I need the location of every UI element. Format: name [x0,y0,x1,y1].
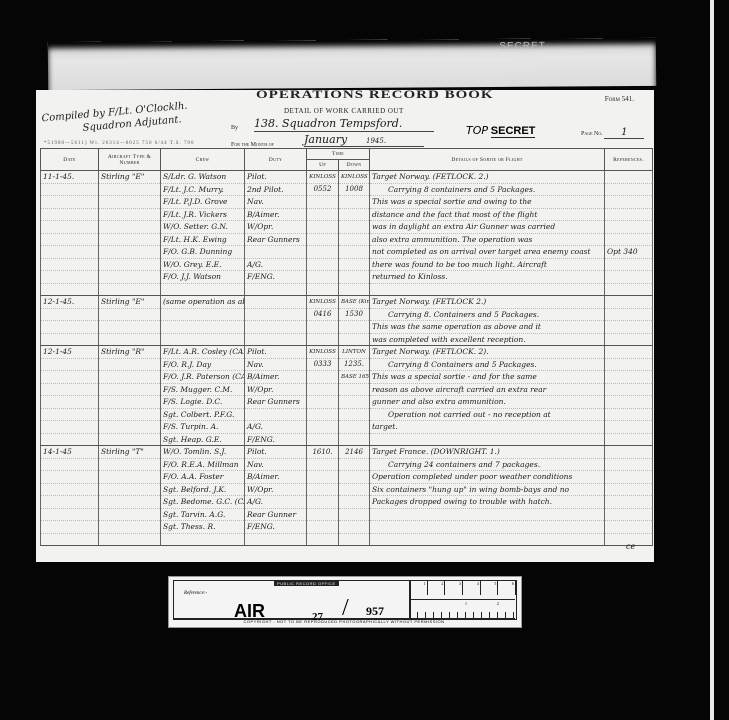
cell-time-down [339,233,370,246]
cell-crew: Sgt. Bedome. G.C. (CAN) [161,496,245,509]
cell-time-down [339,283,370,296]
table-row: F/Lt. P.J.D. GroveNav.This was a special… [41,196,653,209]
page-number: Page No. 1 [581,127,644,139]
cell-time-down [339,421,370,434]
table-row: 11-1-45.Stirling "E"S/Ldr. G. WatsonPilo… [41,171,653,184]
cell-date [41,358,99,371]
cell-reference [605,371,653,384]
table-row: Sgt. Thess. R.F/ENG. [41,521,653,534]
cell-date [41,183,99,196]
cell-reference [605,358,653,371]
cell-crew: F/S. Logie. D.C. [161,396,245,409]
cell-crew: F/O. R.J. Day [161,358,245,371]
cell-crew: F/O. G.B. Dunning [161,246,245,259]
cell-date [41,508,99,521]
cell-aircraft [99,246,161,259]
col-references: References. [605,149,653,171]
table-row: F/O. R.E.A. MillmanNav.Carrying 24 conta… [41,458,653,471]
cell-time-up: KINLOSS [307,171,339,184]
cell-reference [605,308,653,321]
page-no-label: Page No. [581,131,603,137]
col-time-up: Up [307,160,339,171]
cell-duty [245,408,307,421]
cell-time-up [307,458,339,471]
scale-in-2: 2 [497,601,499,606]
page-title: OPERATIONS RECORD BOOK [256,89,494,102]
cell-date [41,246,99,259]
cell-details: was completed with excellent reception. [370,333,605,346]
scale-cm-4: 4 [463,581,481,595]
cell-aircraft [99,521,161,534]
table-row: F/S. Mugger. C.M.W/Opr.reason as above a… [41,383,653,396]
table-row: F/O. J.J. WatsonF/ENG.returned to Kinlos… [41,271,653,284]
cell-aircraft: Stirling "E" [99,171,161,184]
cell-time-up [307,271,339,284]
cell-crew: F/O. A.A. Foster [161,471,245,484]
cell-duty: W/Opr. [245,483,307,496]
cell-duty: F/ENG. [245,521,307,534]
cell-details: Target France. (DOWNRIGHT. 1.) [370,446,605,459]
cell-duty: F/ENG. [245,433,307,446]
cell-aircraft [99,183,161,196]
cell-details [370,521,605,534]
cell-reference [605,421,653,434]
col-time-down: Down [339,160,370,171]
cell-duty: Rear Gunners [245,396,307,409]
cell-aircraft [99,258,161,271]
month-field: January [304,133,424,147]
table-row: F/Lt. J.C. Murry.2nd Pilot.05521008Carry… [41,183,653,196]
cell-date [41,383,99,396]
cell-time-down [339,471,370,484]
cell-details [370,283,605,296]
cell-crew: F/Lt. H.K. Ewing [161,233,245,246]
cell-crew: Sgt. Heap. G.E. [161,433,245,446]
detail-label: DETAIL OF WORK CARRIED OUT [284,107,404,115]
cell-reference [605,496,653,509]
cell-crew: Sgt. Tarvin. A.G. [161,508,245,521]
cell-details: This was a special sortie - and for the … [370,371,605,384]
cell-time-down: BASE (Kinloss struck) [339,296,370,309]
cell-date [41,471,99,484]
cell-details: distance and the fact that most of the f… [370,208,605,221]
cell-time-up: 0333 [307,358,339,371]
cell-reference [605,446,653,459]
cell-crew: F/S. Turpin. A. [161,421,245,434]
scale-cm-6: 6 [498,581,516,595]
col-duty: Duty [245,149,307,171]
table-row: F/Lt. J.R. VickersB/Aimer.distance and t… [41,208,653,221]
cell-date [41,283,99,296]
cell-duty [245,296,307,309]
cell-crew: W/O. Grey. E.E. [161,258,245,271]
cell-crew: F/O. R.E.A. Millman [161,458,245,471]
cell-details: Carrying 8 containers and 5 Packages. [370,183,605,196]
table-row [41,283,653,296]
cell-time-up: 1610. [307,446,339,459]
cell-time-up [307,421,339,434]
col-details: Details of Sortie or Flight [370,149,605,171]
cell-aircraft [99,508,161,521]
cell-crew: Sgt. Belford. J.K. [161,483,245,496]
cell-date [41,533,99,546]
cell-time-down: 1235. [339,358,370,371]
piece-number: 957 [366,604,384,619]
cell-details: gunner and also extra ammunition. [370,396,605,409]
cell-aircraft [99,271,161,284]
cell-details: returned to Kinloss. [370,271,605,284]
operations-table: Date Aircraft Type & Number Crew Duty Ti… [40,148,653,546]
overlay-strip: SECRET [48,38,656,90]
cell-time-down [339,496,370,509]
cell-date: 12-1-45. [41,296,99,309]
cell-details: not completed as on arrival over target … [370,246,605,259]
cell-date [41,308,99,321]
cell-time-up [307,383,339,396]
cell-time-down: LINTON [339,346,370,359]
cell-details [370,533,605,546]
cell-date [41,221,99,234]
cell-time-down [339,396,370,409]
cell-aircraft [99,458,161,471]
cell-crew: Sgt. Colbert. P.F.G. [161,408,245,421]
cell-details: Operation completed under poor weather c… [370,471,605,484]
cell-duty: W/Opr. [245,221,307,234]
table-row: 04161530Carrying 8. Containers and 5 Pac… [41,308,653,321]
cell-crew: F/O. J.R. Paterson (CAN) [161,371,245,384]
cell-crew: W/O. Setter. G.N. [161,221,245,234]
cell-time-down: 1530 [339,308,370,321]
cell-crew: F/O. J.J. Watson [161,271,245,284]
orb-page: OPERATIONS RECORD BOOK Form 541. Compile… [36,90,654,562]
table-row: Sgt. Belford. J.K.W/Opr.Six containers "… [41,483,653,496]
cell-time-up [307,333,339,346]
cell-duty [245,533,307,546]
cell-time-up [307,508,339,521]
cell-duty: 2nd Pilot. [245,183,307,196]
table-row: was completed with excellent reception. [41,333,653,346]
table-row: F/O. J.R. Paterson (CAN)B/Aimer.BASE 165… [41,371,653,384]
cell-reference [605,296,653,309]
table-row: Sgt. Bedome. G.C. (CAN)A/G.Packages drop… [41,496,653,509]
cell-crew: (same operation as above). [161,296,245,309]
cell-crew: F/Lt. J.R. Vickers [161,208,245,221]
cell-date: 14-1-45 [41,446,99,459]
compiled-by-note: Compiled by F/Lt. O'Clocklh. Squadron Ad… [41,100,189,139]
cell-reference [605,383,653,396]
cell-crew [161,283,245,296]
table-row: F/O. R.J. DayNav.03331235.Carrying 8 Con… [41,358,653,371]
cell-time-up: 0552 [307,183,339,196]
cell-crew: F/Lt. J.C. Murry. [161,183,245,196]
cell-crew [161,308,245,321]
cell-details: Target Norway. (FETLOCK. 2). [370,346,605,359]
cell-reference [605,208,653,221]
cell-date [41,421,99,434]
cell-aircraft [99,471,161,484]
scale-cm-5: 5 [481,581,499,595]
cell-duty: Nav. [245,458,307,471]
page-footer-mark: ce [626,542,635,551]
cell-crew: W/O. Tomlin. S.J. [161,446,245,459]
cell-duty: Nav. [245,358,307,371]
cell-duty: Nav. [245,196,307,209]
cell-details: Packages dropped owing to trouble with h… [370,496,605,509]
cell-time-down [339,196,370,209]
cell-duty [245,321,307,334]
cell-time-up [307,371,339,384]
cell-time-down: BASE 1650 [339,371,370,384]
table-row: 14-1-45Stirling "T"W/O. Tomlin. S.J.Pilo… [41,446,653,459]
cell-date [41,258,99,271]
cell-date [41,271,99,284]
table-row: Sgt. Tarvin. A.G.Rear Gunner [41,508,653,521]
cell-time-up [307,408,339,421]
cell-reference [605,346,653,359]
inch-scale [409,599,515,618]
printer-mark: *51980—5611) Wt. 26314—0025 750 6/44 T.S… [44,141,195,146]
cell-time-down [339,533,370,546]
cell-aircraft [99,396,161,409]
cell-reference [605,433,653,446]
cell-details: reason as above aircraft carried an extr… [370,383,605,396]
cell-time-up: KINLOSS [307,296,339,309]
cell-aircraft [99,321,161,334]
cell-aircraft [99,233,161,246]
scale-cm-1: 1 [410,581,428,595]
form-number: Form 541. [605,95,634,103]
cell-aircraft [99,221,161,234]
cell-time-down [339,321,370,334]
cell-reference [605,396,653,409]
table-row [41,533,653,546]
cell-time-down [339,433,370,446]
cell-details: also extra ammunition. The operation was [370,233,605,246]
copyright-notice: COPYRIGHT - NOT TO BE REPRODUCED PHOTOGR… [173,618,515,624]
cell-crew: F/Lt. A.R. Cosley (CAN) [161,346,245,359]
cell-reference [605,483,653,496]
year-field: 1945. [366,137,386,145]
cell-aircraft [99,533,161,546]
secret-stamp: SECRET [491,125,536,138]
page-no-value: 1 [604,127,644,139]
cell-aircraft [99,496,161,509]
cell-aircraft [99,283,161,296]
cell-details: This was the same operation as above and… [370,321,605,334]
cell-time-up [307,321,339,334]
cell-reference [605,171,653,184]
table-row: Sgt. Heap. G.E.F/ENG. [41,433,653,446]
col-crew: Crew [161,149,245,171]
cell-reference [605,408,653,421]
cell-details: Carrying 8. Containers and 5 Packages. [370,308,605,321]
cell-time-up [307,483,339,496]
cell-duty: A/G. [245,496,307,509]
cell-aircraft: Stirling "T" [99,446,161,459]
cell-date [41,496,99,509]
cell-time-up [307,471,339,484]
cell-time-down [339,521,370,534]
cell-date [41,233,99,246]
cell-time-up: KINLOSS [307,346,339,359]
cell-date [41,408,99,421]
cell-reference [605,508,653,521]
cell-time-up [307,521,339,534]
cell-reference [605,258,653,271]
cell-time-down [339,458,370,471]
cell-date [41,208,99,221]
cell-aircraft [99,421,161,434]
cell-reference [605,458,653,471]
table-row: Sgt. Colbert. P.F.G.Operation not carrie… [41,408,653,421]
cell-crew: F/Lt. P.J.D. Grove [161,196,245,209]
cell-reference [605,233,653,246]
cell-aircraft [99,196,161,209]
cell-aircraft [99,333,161,346]
cell-aircraft: Stirling "E" [99,296,161,309]
table-row: F/O. G.B. Dunningnot completed as on arr… [41,246,653,259]
cell-time-up [307,233,339,246]
cell-details: Carrying 8 Containers and 5 Packages. [370,358,605,371]
col-aircraft: Aircraft Type & Number [99,149,161,171]
cell-date [41,458,99,471]
film-edge [710,0,714,720]
cell-details: Carrying 24 containers and 7 packages. [370,458,605,471]
cell-duty: W/Opr. [245,383,307,396]
table-row: W/O. Grey. E.E.A/G.there was found to be… [41,258,653,271]
cell-time-down: 2146 [339,446,370,459]
cell-aircraft [99,383,161,396]
cell-time-up [307,496,339,509]
cell-time-down [339,271,370,284]
cell-reference [605,521,653,534]
cell-duty: Rear Gunner [245,508,307,521]
table-row: F/Lt. H.K. EwingRear Gunnersalso extra a… [41,233,653,246]
faded-secret-stamp: SECRET [499,41,546,52]
cell-time-down [339,258,370,271]
cell-aircraft [99,408,161,421]
cell-duty [245,308,307,321]
cell-date [41,521,99,534]
cell-crew [161,533,245,546]
cell-details [370,508,605,521]
cell-duty: B/Aimer. [245,208,307,221]
cell-time-down [339,508,370,521]
reference-box: PUBLIC RECORD OFFICE Reference:- AIR 27 … [173,580,411,620]
cell-reference [605,221,653,234]
table-row: F/S. Logie. D.C.Rear Gunnersgunner and a… [41,396,653,409]
table-body: 11-1-45.Stirling "E"S/Ldr. G. WatsonPilo… [41,171,653,546]
cell-details: there was found to be too much light. Ai… [370,258,605,271]
table-row: W/O. Setter. G.N.W/Opr.was in daylight a… [41,221,653,234]
cell-time-down: KINLOSS [339,171,370,184]
cell-date [41,483,99,496]
cell-crew [161,321,245,334]
table-row: 12-1-45.Stirling "E"(same operation as a… [41,296,653,309]
cell-aircraft [99,483,161,496]
col-date: Date [41,149,99,171]
cell-time-up [307,196,339,209]
cell-time-up [307,221,339,234]
cell-aircraft [99,433,161,446]
cell-duty: Pilot. [245,171,307,184]
cell-time-down [339,408,370,421]
cell-time-down [339,208,370,221]
cell-duty: Rear Gunners [245,233,307,246]
cell-duty [245,246,307,259]
table-row: 12-1-45Stirling "R"F/Lt. A.R. Cosley (CA… [41,346,653,359]
cell-duty [245,283,307,296]
cell-date [41,371,99,384]
cell-date: 11-1-45. [41,171,99,184]
cell-time-down [339,221,370,234]
cell-time-up [307,283,339,296]
cell-crew: S/Ldr. G. Watson [161,171,245,184]
cell-time-down [339,483,370,496]
cell-details: This was a special sortie and owing to t… [370,196,605,209]
cell-time-up [307,533,339,546]
cell-crew: F/S. Mugger. C.M. [161,383,245,396]
cell-date [41,433,99,446]
scale-cm-3: 3 [445,581,463,595]
cell-time-down: 1008 [339,183,370,196]
table-row: F/S. Turpin. A.A/G.target. [41,421,653,434]
col-time: Time [307,149,370,160]
cell-details: Operation not carried out - no reception… [370,408,605,421]
cell-duty: F/ENG. [245,271,307,284]
top-secret-marking: TOP SECRET [466,124,535,137]
cell-time-up [307,433,339,446]
cell-aircraft [99,371,161,384]
reference-label: Reference:- [184,591,207,596]
cell-duty: A/G. [245,258,307,271]
cell-reference [605,321,653,334]
table-row: This was the same operation as above and… [41,321,653,334]
scale-in-1: 1 [465,601,467,606]
cell-aircraft: Stirling "R" [99,346,161,359]
cell-duty: Pilot. [245,446,307,459]
cell-duty [245,333,307,346]
cell-reference: Opt 340 [605,246,653,259]
cell-reference [605,333,653,346]
cell-details: Six containers "hung up" in wing bomb-ba… [370,483,605,496]
cell-details: Target Norway. (FETLOCK 2.) [370,296,605,309]
cell-time-down [339,246,370,259]
cell-duty: B/Aimer. [245,371,307,384]
cell-time-up [307,208,339,221]
cell-reference [605,196,653,209]
cell-details: was in daylight an extra Air Gunner was … [370,221,605,234]
cell-duty: B/Aimer. [245,471,307,484]
cell-date [41,396,99,409]
cell-time-down [339,333,370,346]
cell-aircraft [99,308,161,321]
pro-header: PUBLIC RECORD OFFICE [274,581,339,586]
cell-date [41,333,99,346]
cell-duty: Pilot. [245,346,307,359]
cell-crew [161,333,245,346]
cell-reference [605,183,653,196]
cell-aircraft [99,358,161,371]
cell-date [41,196,99,209]
cell-time-down [339,383,370,396]
cell-details: Target Norway. (FETLOCK. 2.) [370,171,605,184]
top-handwritten: TOP [466,124,488,137]
cell-reference [605,271,653,284]
cell-date [41,321,99,334]
cell-crew: Sgt. Thess. R. [161,521,245,534]
cell-time-up [307,258,339,271]
